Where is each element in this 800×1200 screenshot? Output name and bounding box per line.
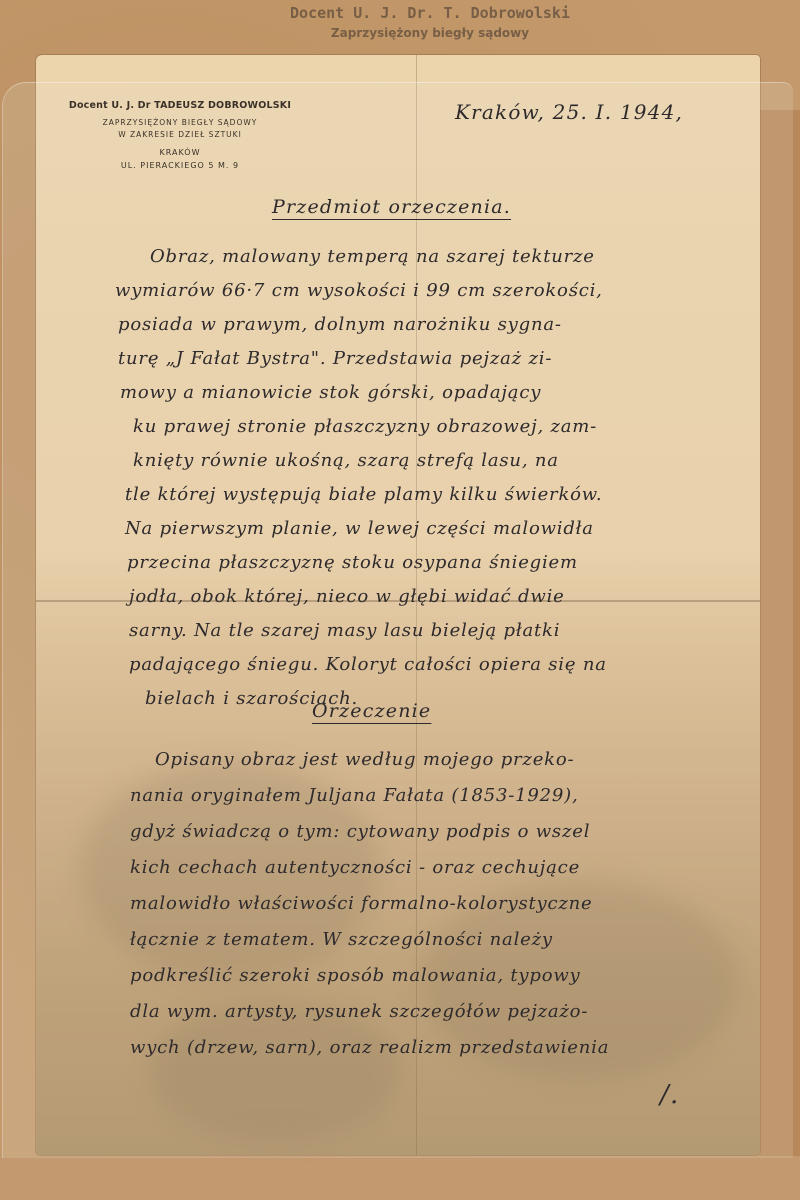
- document-date: Kraków, 25. I. 1944,: [455, 100, 683, 124]
- section-subject-body: Obraz, malowany temperą na szarej tektur…: [115, 240, 765, 716]
- text-line: wymiarów 66·7 cm wysokości i 99 cm szero…: [115, 280, 603, 301]
- board-stamp: Docent U. J. Dr. T. Dobrowolski Zaprzysi…: [0, 4, 800, 40]
- text-line: Opisany obraz jest według mojego przeko-: [155, 749, 574, 770]
- letterhead-title-2: W ZAKRESIE DZIEŁ SZTUKI: [55, 129, 305, 141]
- text-line: malowidło właściwości formalno-kolorysty…: [130, 893, 593, 914]
- text-line: mowy a mianowicie stok górski, opadający: [120, 382, 541, 403]
- text-line: posiada w prawym, dolnym narożniku sygna…: [118, 314, 562, 335]
- text-line: Obraz, malowany temperą na szarej tektur…: [150, 246, 595, 267]
- text-line: padającego śniegu. Koloryt całości opier…: [129, 654, 607, 675]
- letterhead: Docent U. J. Dr TADEUSZ DOBROWOLSKI ZAPR…: [55, 100, 305, 172]
- stamp-line-1: Docent U. J. Dr. T. Dobrowolski: [60, 4, 800, 22]
- text-line: łącznie z tematem. W szczególności należ…: [130, 929, 553, 950]
- text-line: gdyż świadczą o tym: cytowany podpis o w…: [130, 821, 590, 842]
- text-line: wych (drzew, sarn), oraz realizm przedst…: [130, 1037, 609, 1058]
- text-line: tle której występują białe plamy kilku ś…: [125, 484, 602, 505]
- text-line: sarny. Na tle szarej masy lasu bieleją p…: [129, 620, 560, 641]
- section-heading-opinion: Orzeczenie: [312, 700, 431, 722]
- text-line: przecina płaszczyznę stoku osypana śnieg…: [127, 552, 578, 573]
- section-opinion-body: Opisany obraz jest według mojego przeko-…: [115, 742, 775, 1066]
- text-line: podkreślić szeroki sposób malowania, typ…: [130, 965, 581, 986]
- section-heading-subject: Przedmiot orzeczenia.: [272, 196, 511, 218]
- closing-mark: /.: [660, 1080, 679, 1110]
- text-line: knięty równie ukośną, szarą strefą lasu,…: [133, 450, 559, 471]
- letterhead-title-1: ZAPRZYSIĘŻONY BIEGŁY SĄDOWY: [55, 117, 305, 129]
- letterhead-city: KRAKÓW: [55, 146, 305, 159]
- letterhead-address: UL. PIERACKIEGO 5 M. 9: [55, 159, 305, 172]
- letterhead-name: Docent U. J. Dr TADEUSZ DOBROWOLSKI: [55, 100, 305, 111]
- text-line: dla wym. artysty, rysunek szczegółów pej…: [130, 1001, 588, 1022]
- text-line: kich cechach autentyczności - oraz cechu…: [130, 857, 580, 878]
- text-line: Na pierwszym planie, w lewej części malo…: [125, 518, 594, 539]
- text-line: nania oryginałem Juljana Fałata (1853-19…: [130, 785, 578, 806]
- text-line: turę „J Fałat Bystra". Przedstawia pejza…: [118, 348, 552, 369]
- text-line: jodła, obok której, nieco w głębi widać …: [129, 586, 565, 607]
- text-line: ku prawej stronie płaszczyzny obrazowej,…: [133, 416, 597, 437]
- mount-board-bottom: [0, 1156, 800, 1200]
- stamp-line-2: Zaprzysiężony biegły sądowy: [60, 26, 800, 40]
